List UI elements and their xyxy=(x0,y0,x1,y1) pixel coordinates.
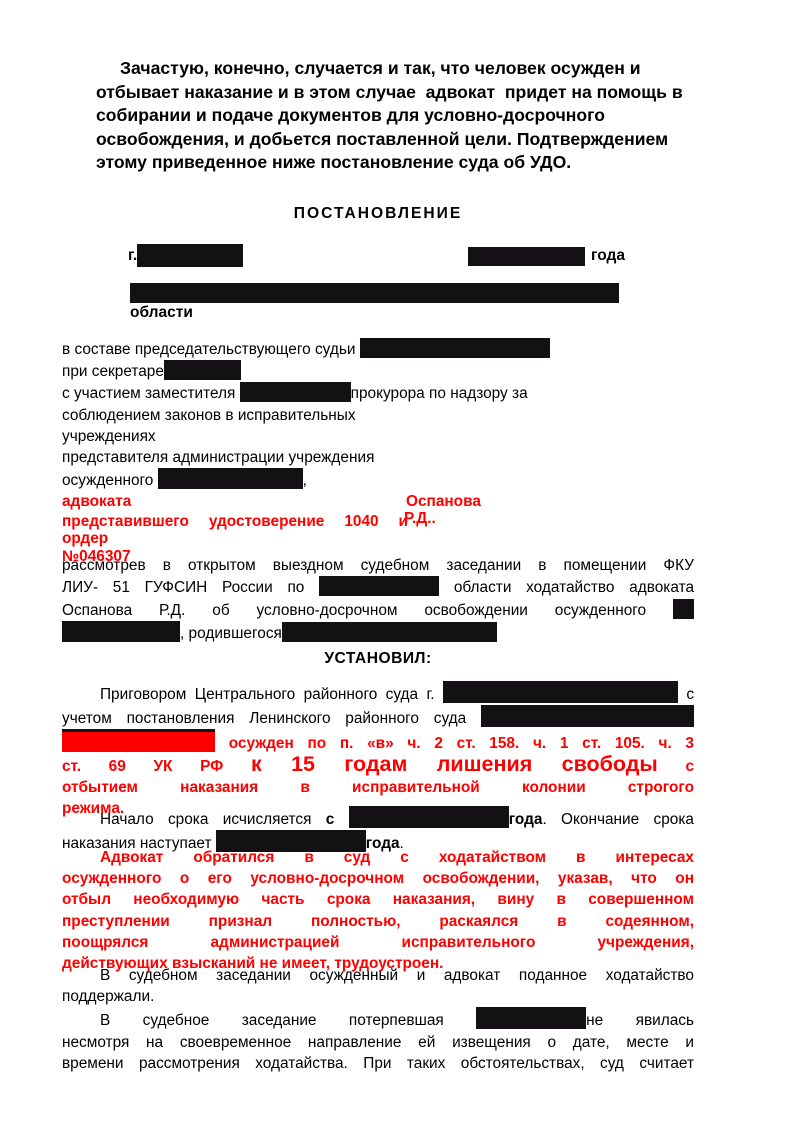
dateline: г. года xyxy=(128,244,625,268)
verdict-line5: отбытием наказания в исправительной коло… xyxy=(62,777,694,798)
verdict-line3-text: осужден по п. «в» ч. 2 ст. 158. ч. 1 ст.… xyxy=(229,735,694,752)
redacted-court-ruling xyxy=(481,705,694,727)
session-p2-line1-pre: В судебное заседание потерпевшая xyxy=(100,1012,444,1029)
petition-line3: отбыл необходимую часть срока наказания,… xyxy=(62,889,694,910)
hearing-line4-mid: , родившегося xyxy=(180,625,282,642)
redacted-victim-name xyxy=(476,1007,586,1029)
intro-paragraph: Зачастую, конечно, случается и так, что … xyxy=(96,57,693,175)
session-p2-line1: В судебное заседание потерпевшая не явил… xyxy=(62,1007,694,1031)
convict-line-pre: осужденного xyxy=(62,472,153,489)
redacted-birth-date xyxy=(282,622,497,642)
advocate-credentials-line: представившего удостоверение 1040 и орде… xyxy=(62,513,408,548)
verdict-line1-post: с xyxy=(686,686,694,703)
verdict-line1: Приговором Центрального районного суда г… xyxy=(62,681,694,705)
judge-line: в составе председательствующего судьи xyxy=(62,338,694,360)
region-label: области xyxy=(130,304,193,322)
term-line1-pre: Начало срока исчисляется xyxy=(100,811,311,828)
term-line1: Начало срока исчисляется с года. Окончан… xyxy=(62,806,694,830)
redacted-start-date xyxy=(349,806,509,828)
session-p2-line1-post: не явилась xyxy=(586,1012,694,1029)
prosecutor-line: с участием заместителя прокурора по надз… xyxy=(62,382,694,404)
petition-line5: поощрялся администрацией исправительного… xyxy=(62,932,694,953)
term-line1-goda: года xyxy=(509,811,543,828)
petition-line2: осужденного о его условно-досрочном осво… xyxy=(62,868,694,889)
hearing-line4: , родившегося xyxy=(62,621,694,644)
resolution-heading: ПОСТАНОВЛЕНИЕ xyxy=(62,205,694,223)
term-line1-s: с xyxy=(326,811,335,828)
verdict-line2-text: учетом постановления Ленинского районног… xyxy=(62,710,466,727)
advocate-credentials: представившего удостоверение 1040 и орде… xyxy=(62,513,408,548)
verdict-line4-pre: ст. 69 УК РФ xyxy=(62,758,223,775)
redacted-city-2 xyxy=(443,681,678,703)
hearing-line1: рассмотрев в открытом выездном судебном … xyxy=(62,555,694,576)
representative-line: представителя администрации учреждения xyxy=(62,447,694,468)
redacted-prosecutor-name xyxy=(240,382,351,402)
city-group: г. xyxy=(128,244,243,268)
secretary-line-text: при секретаре xyxy=(62,363,164,380)
prosecutor-cont-line2: учреждениях xyxy=(62,426,694,447)
hearing-line3: Оспанова Р.Д. об условно-досрочном освоб… xyxy=(62,599,694,621)
year-suffix: года xyxy=(591,244,625,268)
redacted-convict-surname xyxy=(62,621,180,642)
redacted-court-name xyxy=(130,283,619,303)
secretary-line: при секретаре xyxy=(62,360,694,382)
redacted-city xyxy=(137,244,243,267)
judge-line-text: в составе председательствующего судьи xyxy=(62,341,355,358)
session-p1-line1: В судебном заседании осужденный и адвока… xyxy=(62,965,694,986)
city-prefix: г. xyxy=(128,244,137,268)
term-line1-post: . Окончание срока xyxy=(542,811,694,828)
hearing-paragraph: рассмотрев в открытом выездном судебном … xyxy=(62,555,694,644)
redacted-convict-name xyxy=(158,468,303,489)
redacted-convict-name-red xyxy=(62,729,215,752)
convict-line-post: , xyxy=(303,472,307,489)
session-p2-line3: времени рассмотрения ходатайства. При та… xyxy=(62,1053,694,1074)
hearing-line2-pre: ЛИУ- 51 ГУФСИН России по xyxy=(62,579,304,596)
redacted-date xyxy=(468,247,585,266)
redacted-judge-name xyxy=(360,338,550,358)
hearing-line2: ЛИУ- 51 ГУФСИН России по области ходатай… xyxy=(62,576,694,598)
court-composition: в составе председательствующего судьи пр… xyxy=(62,338,694,565)
advocate-label-line: адвокатаОспанова xyxy=(62,491,694,512)
hearing-line3-text: Оспанова Р.Д. об условно-досрочном освоб… xyxy=(62,602,646,619)
verdict-line4-post: с xyxy=(685,758,694,775)
document-page: Зачастую, конечно, случается и так, что … xyxy=(0,0,793,1123)
session-p2-line2: несмотря на своевременное направление ей… xyxy=(62,1032,694,1053)
session-paragraphs: В судебном заседании осужденный и адвока… xyxy=(62,965,694,1074)
verdict-line2: учетом постановления Ленинского районног… xyxy=(62,705,694,729)
session-p1-line2: поддержали. xyxy=(62,986,694,1007)
petition-paragraph: Адвокат обратился в суд с ходатайством в… xyxy=(62,847,694,974)
verdict-line1-pre: Приговором Центрального районного суда г… xyxy=(100,686,435,703)
prosecutor-line-post: прокурора по надзору за xyxy=(351,385,528,402)
established-heading: УСТАНОВИЛ: xyxy=(62,650,694,668)
convict-line: осужденного , xyxy=(62,468,694,491)
date-group: года xyxy=(468,244,625,268)
verdict-line4: ст. 69 УК РФ к 15 годам лишения свободы … xyxy=(62,754,694,777)
advocate-label: адвоката xyxy=(62,493,131,510)
verdict-sentence-big: к 15 годам лишения свободы xyxy=(251,752,658,776)
petition-line1: Адвокат обратился в суд с ходатайством в… xyxy=(62,847,694,868)
redacted-convict-initial xyxy=(673,599,694,619)
hearing-line2-post: области ходатайство адвоката xyxy=(454,579,694,596)
verdict-line3: осужден по п. «в» ч. 2 ст. 158. ч. 1 ст.… xyxy=(62,729,694,754)
redacted-region-name xyxy=(319,576,439,596)
prosecutor-line-pre: с участием заместителя xyxy=(62,385,235,402)
prosecutor-cont-line1: соблюдением законов в исправительных xyxy=(62,405,694,426)
verdict-paragraph: Приговором Центрального районного суда г… xyxy=(62,681,694,819)
redacted-secretary-name xyxy=(164,360,241,380)
petition-line4: преступлении признал полностью, раскаялс… xyxy=(62,911,694,932)
advocate-initials: Р.Д.. xyxy=(404,510,436,528)
